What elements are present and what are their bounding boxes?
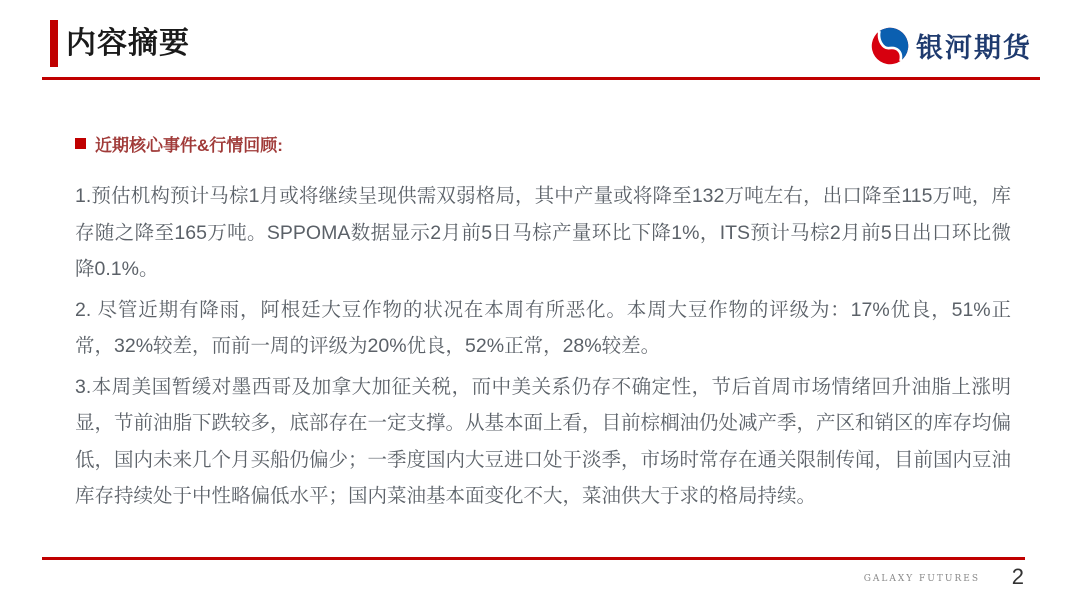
title-accent-bar (50, 20, 58, 67)
slide: 内容摘要 银河期货 近期核心事件&行情回顾: 1.预估机构预计马棕1月或将继续呈… (0, 0, 1080, 608)
paragraph-3: 3.本周美国暂缓对墨西哥及加拿大加征关税，而中美关系仍存不确定性，节后首周市场情… (75, 369, 1011, 515)
page-number: 2 (1012, 564, 1024, 590)
page-title: 内容摘要 (66, 24, 190, 64)
content-area: 近期核心事件&行情回顾: 1.预估机构预计马棕1月或将继续呈现供需双弱格局，其中… (75, 131, 1011, 519)
paragraph-2: 2. 尽管近期有降雨，阿根廷大豆作物的状况在本周有所恶化。本周大豆作物的评级为：… (75, 292, 1011, 365)
footer-divider (42, 557, 1025, 560)
header-divider (42, 77, 1040, 80)
section-heading: 近期核心事件&行情回顾: (75, 131, 1011, 156)
paragraph-1: 1.预估机构预计马棕1月或将继续呈现供需双弱格局，其中产量或将降至132万吨左右… (75, 178, 1011, 288)
company-logo: 银河期货 (871, 26, 1032, 65)
company-logo-text: 银河期货 (916, 26, 1032, 65)
section-heading-text: 近期核心事件&行情回顾: (95, 131, 283, 156)
galaxy-logo-icon (871, 27, 909, 65)
bullet-square-icon (75, 138, 86, 149)
footer-brand-text: GALAXY FUTURES (864, 574, 980, 584)
